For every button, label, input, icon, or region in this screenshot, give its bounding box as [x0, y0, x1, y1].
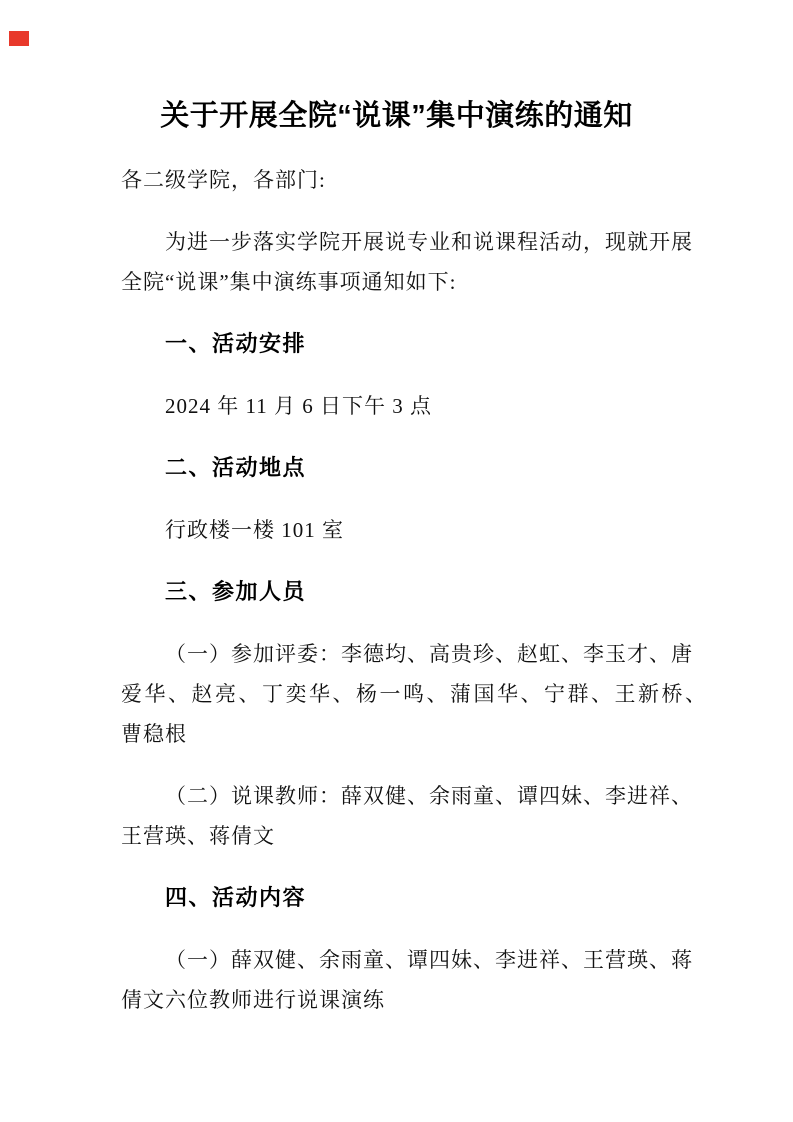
schedule-text: 2024 年 11 月 6 日下午 3 点	[121, 386, 672, 426]
teachers-line-1: （二）说课教师：薛双健、余雨童、谭四妹、李进祥、	[121, 776, 672, 816]
content-line-2: 倩文六位教师进行说课演练	[121, 980, 672, 1020]
intro-line-2: 全院“说课”集中演练事项通知如下:	[121, 262, 672, 302]
judges-line-3: 曹稳根	[121, 714, 672, 754]
section2-location-paragraph: 行政楼一楼 101 室	[121, 510, 672, 550]
content-line-1: （一）薛双健、余雨童、谭四妹、李进祥、王营瑛、蒋	[121, 940, 672, 980]
red-annotation-mark	[9, 31, 29, 46]
section3-heading-text: 三、参加人员	[121, 572, 672, 612]
content-paragraph: （一）薛双健、余雨童、谭四妹、李进祥、王营瑛、蒋 倩文六位教师进行说课演练	[121, 940, 672, 1020]
judges-line-2: 爱华、赵亮、丁奕华、杨一鸣、蒲国华、宁群、王新桥、	[121, 674, 672, 714]
intro-line-1: 为进一步落实学院开展说专业和说课程活动，现就开展	[121, 222, 672, 262]
document-title: 关于开展全院“说课”集中演练的通知	[0, 94, 793, 139]
section2-heading-text: 二、活动地点	[121, 448, 672, 488]
section1-heading: 一、活动安排	[121, 324, 672, 364]
teachers-line-2: 王营瑛、蒋倩文	[121, 816, 672, 856]
intro-paragraph: 为进一步落实学院开展说专业和说课程活动，现就开展 全院“说课”集中演练事项通知如…	[121, 222, 672, 302]
salutation-text: 各二级学院，各部门:	[121, 160, 672, 200]
location-text: 行政楼一楼 101 室	[121, 510, 672, 550]
section1-schedule-paragraph: 2024 年 11 月 6 日下午 3 点	[121, 386, 672, 426]
section3-heading: 三、参加人员	[121, 572, 672, 612]
document-body: 各二级学院，各部门: 为进一步落实学院开展说专业和说课程活动，现就开展 全院“说…	[121, 160, 672, 1020]
section4-heading-text: 四、活动内容	[121, 878, 672, 918]
judges-line-1: （一）参加评委：李德均、高贵珍、赵虹、李玉才、唐	[121, 634, 672, 674]
document-page: 关于开展全院“说课”集中演练的通知 各二级学院，各部门: 为进一步落实学院开展说…	[0, 0, 793, 1122]
section2-heading: 二、活动地点	[121, 448, 672, 488]
teachers-paragraph: （二）说课教师：薛双健、余雨童、谭四妹、李进祥、 王营瑛、蒋倩文	[121, 776, 672, 856]
section4-heading: 四、活动内容	[121, 878, 672, 918]
section1-heading-text: 一、活动安排	[121, 324, 672, 364]
salutation-paragraph: 各二级学院，各部门:	[121, 160, 672, 200]
judges-paragraph: （一）参加评委：李德均、高贵珍、赵虹、李玉才、唐 爱华、赵亮、丁奕华、杨一鸣、蒲…	[121, 634, 672, 754]
